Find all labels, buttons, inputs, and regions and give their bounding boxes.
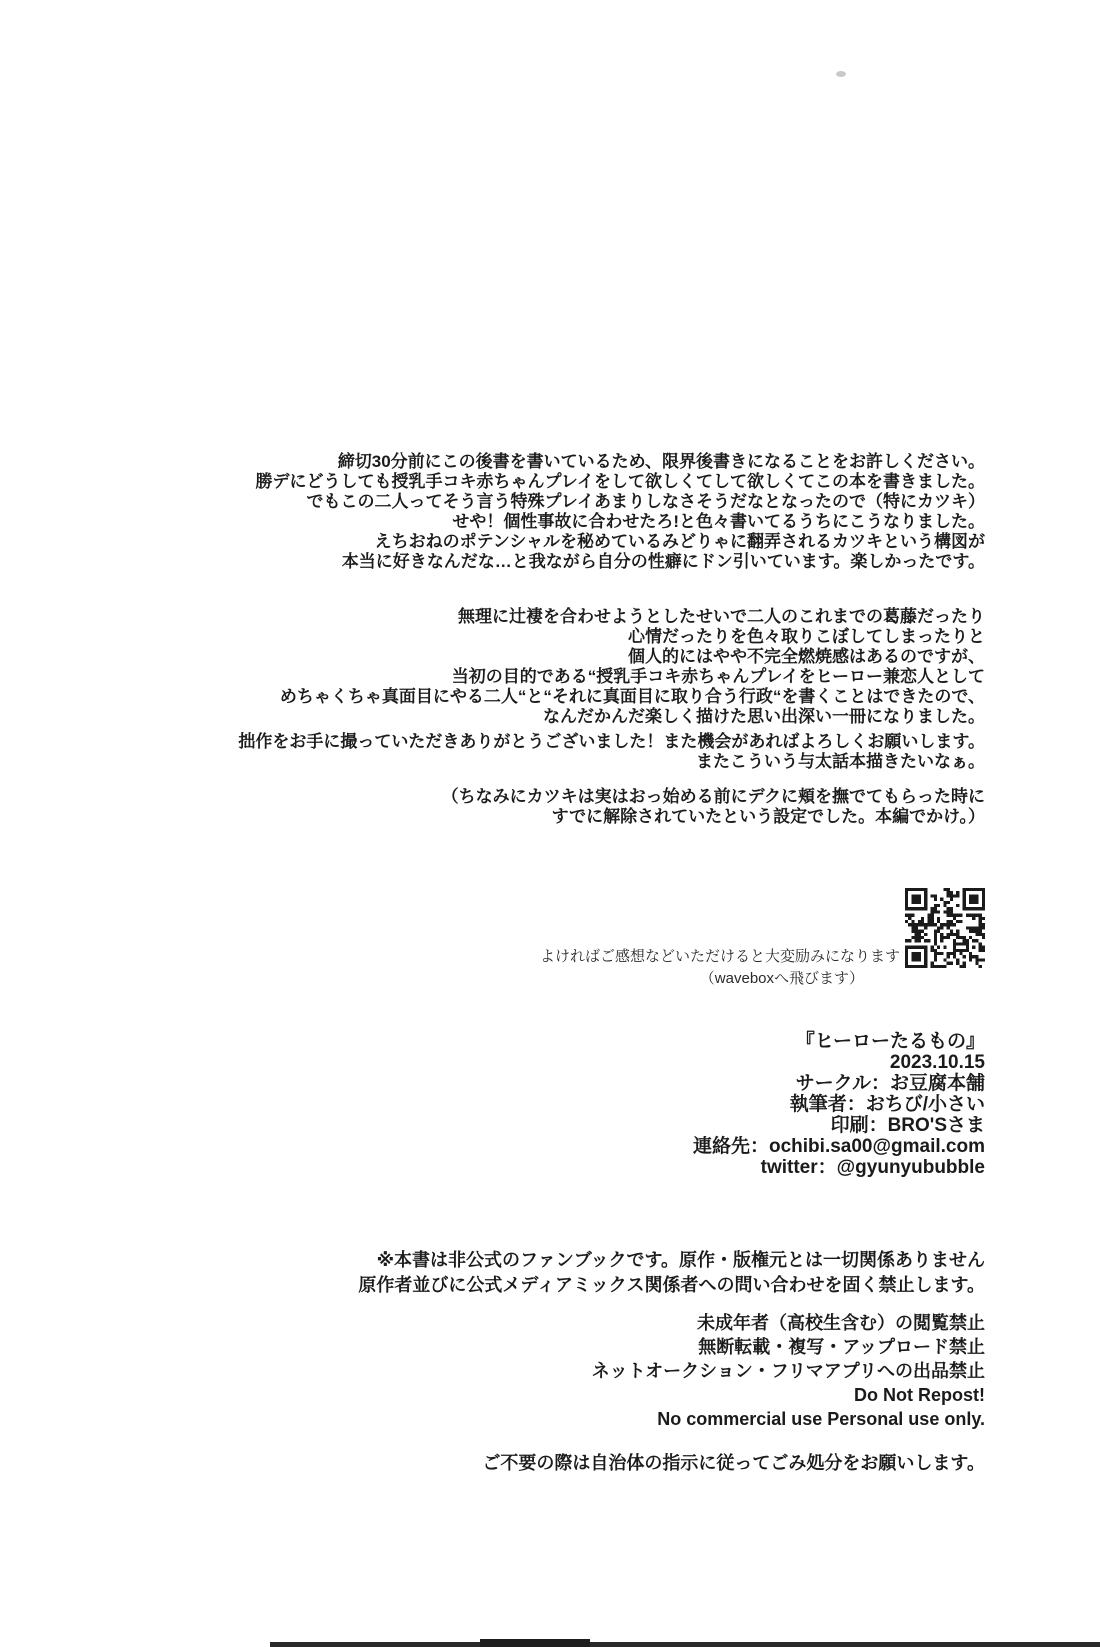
twitter-handle: twitter：@gyunyububble xyxy=(693,1157,985,1178)
text-line: （ちなみにカツキは実はおっ始める前にデクに頬を撫でてもらった時に xyxy=(442,787,985,807)
prohibitions-list: 未成年者（高校生含む）の閲覧禁止 無断転載・複写・アップロード禁止 ネットオーク… xyxy=(592,1311,985,1431)
text-line: 心情だったりを色々取りこぼしてしまったりと xyxy=(280,627,985,647)
prohibition-line: Do Not Repost! xyxy=(592,1383,985,1407)
prohibition-line: No commercial use Personal use only. xyxy=(592,1407,985,1431)
afterword-paragraph-2: 無理に辻褄を合わせようとしたせいで二人のこれまでの葛藤だったり 心情だったりを色… xyxy=(280,607,985,727)
disposal-line: ご不要の際は自治体の指示に従ってごみ処分をお願いします。 xyxy=(482,1452,985,1474)
scan-artifact-edge xyxy=(270,1642,1100,1647)
text-line: でもこの二人ってそう言う特殊プレイあまりしなさそうだなとなったので（特にカツキ） xyxy=(256,492,985,512)
text-line: すでに解除されていたという設定でした。本編でかけ。） xyxy=(442,807,985,827)
text-line: せや！個性事故に合わせたろ!と色々書いてるうちにこうなりました。 xyxy=(256,512,985,532)
circle-name: サークル：お豆腐本舗 xyxy=(693,1073,985,1094)
scan-artifact-edge xyxy=(480,1639,590,1647)
prohibition-line: 無断転載・複写・アップロード禁止 xyxy=(592,1335,985,1359)
prohibition-line: 未成年者（高校生含む）の閲覧禁止 xyxy=(592,1311,985,1335)
text-line: 個人的にはやや不完全燃焼感はあるのですが、 xyxy=(280,647,985,667)
colophon: 『ヒーローたるもの』 2023.10.15 サークル：お豆腐本舗 執筆者：おちび… xyxy=(693,1031,985,1178)
contact-email: 連絡先：ochibi.sa00@gmail.com xyxy=(693,1136,985,1157)
prohibition-line: ネットオークション・フリマアプリへの出品禁止 xyxy=(592,1359,985,1383)
disposal-note: ご不要の際は自治体の指示に従ってごみ処分をお願いします。 xyxy=(482,1452,985,1474)
publication-date: 2023.10.15 xyxy=(693,1052,985,1073)
feedback-caption: よければご感想などいただけると大変励みになります （waveboxへ飛びます） xyxy=(540,946,900,990)
feedback-caption-line1: よければご感想などいただけると大変励みになります xyxy=(540,946,900,968)
text-line: なんだかんだ楽しく描けた思い出深い一冊になりました。 xyxy=(280,707,985,727)
text-line: 本当に好きなんだな…と我ながら自分の性癖にドン引いています。楽しかったです。 xyxy=(256,552,985,572)
notice-line1: ※本書は非公式のファンブックです。原作・版権元とは一切関係ありません xyxy=(358,1248,985,1273)
text-line: 無理に辻褄を合わせようとしたせいで二人のこれまでの葛藤だったり xyxy=(280,607,985,627)
afterword-page: 締切30分前にこの後書を書いているため、限界後書きになることをお許しください。 … xyxy=(0,0,1100,1647)
book-title: 『ヒーローたるもの』 xyxy=(693,1031,985,1052)
text-line: 拙作をお手に撮っていただきありがとうございました！また機会があればよろしくお願い… xyxy=(238,732,985,752)
text-line: 当初の目的である“授乳手コキ赤ちゃんプレイをヒーロー兼恋人として xyxy=(280,667,985,687)
author-name: 執筆者：おちび/小さい xyxy=(693,1094,985,1115)
afterword-paragraph-3: 拙作をお手に撮っていただきありがとうございました！また機会があればよろしくお願い… xyxy=(238,732,985,772)
feedback-caption-line2: （waveboxへ飛びます） xyxy=(540,968,900,990)
notice-line2: 原作者並びに公式メディアミックス関係者への問い合わせを固く禁止します。 xyxy=(358,1273,985,1298)
printer-name: 印刷：BRO'Sさま xyxy=(693,1115,985,1136)
qr-code-icon xyxy=(905,888,985,968)
scan-artifact-dot xyxy=(836,71,846,77)
afterword-paragraph-1: 締切30分前にこの後書を書いているため、限界後書きになることをお許しください。 … xyxy=(256,452,985,572)
text-line: 勝デにどうしても授乳手コキ赤ちゃんプレイをして欲しくてして欲しくてこの本を書きま… xyxy=(256,472,985,492)
unofficial-notice: ※本書は非公式のファンブックです。原作・版権元とは一切関係ありません 原作者並び… xyxy=(358,1248,985,1298)
text-line: めちゃくちゃ真面目にやる二人“と“それに真面目に取り合う行政“を書くことはできた… xyxy=(280,687,985,707)
text-line: またこういう与太話本描きたいなぁ。 xyxy=(238,752,985,772)
text-line: えちおねのポテンシャルを秘めているみどりゃに翻弄されるカツキという構図が xyxy=(256,532,985,552)
afterword-paragraph-4: （ちなみにカツキは実はおっ始める前にデクに頬を撫でてもらった時に すでに解除され… xyxy=(442,787,985,827)
text-line: 締切30分前にこの後書を書いているため、限界後書きになることをお許しください。 xyxy=(256,452,985,472)
